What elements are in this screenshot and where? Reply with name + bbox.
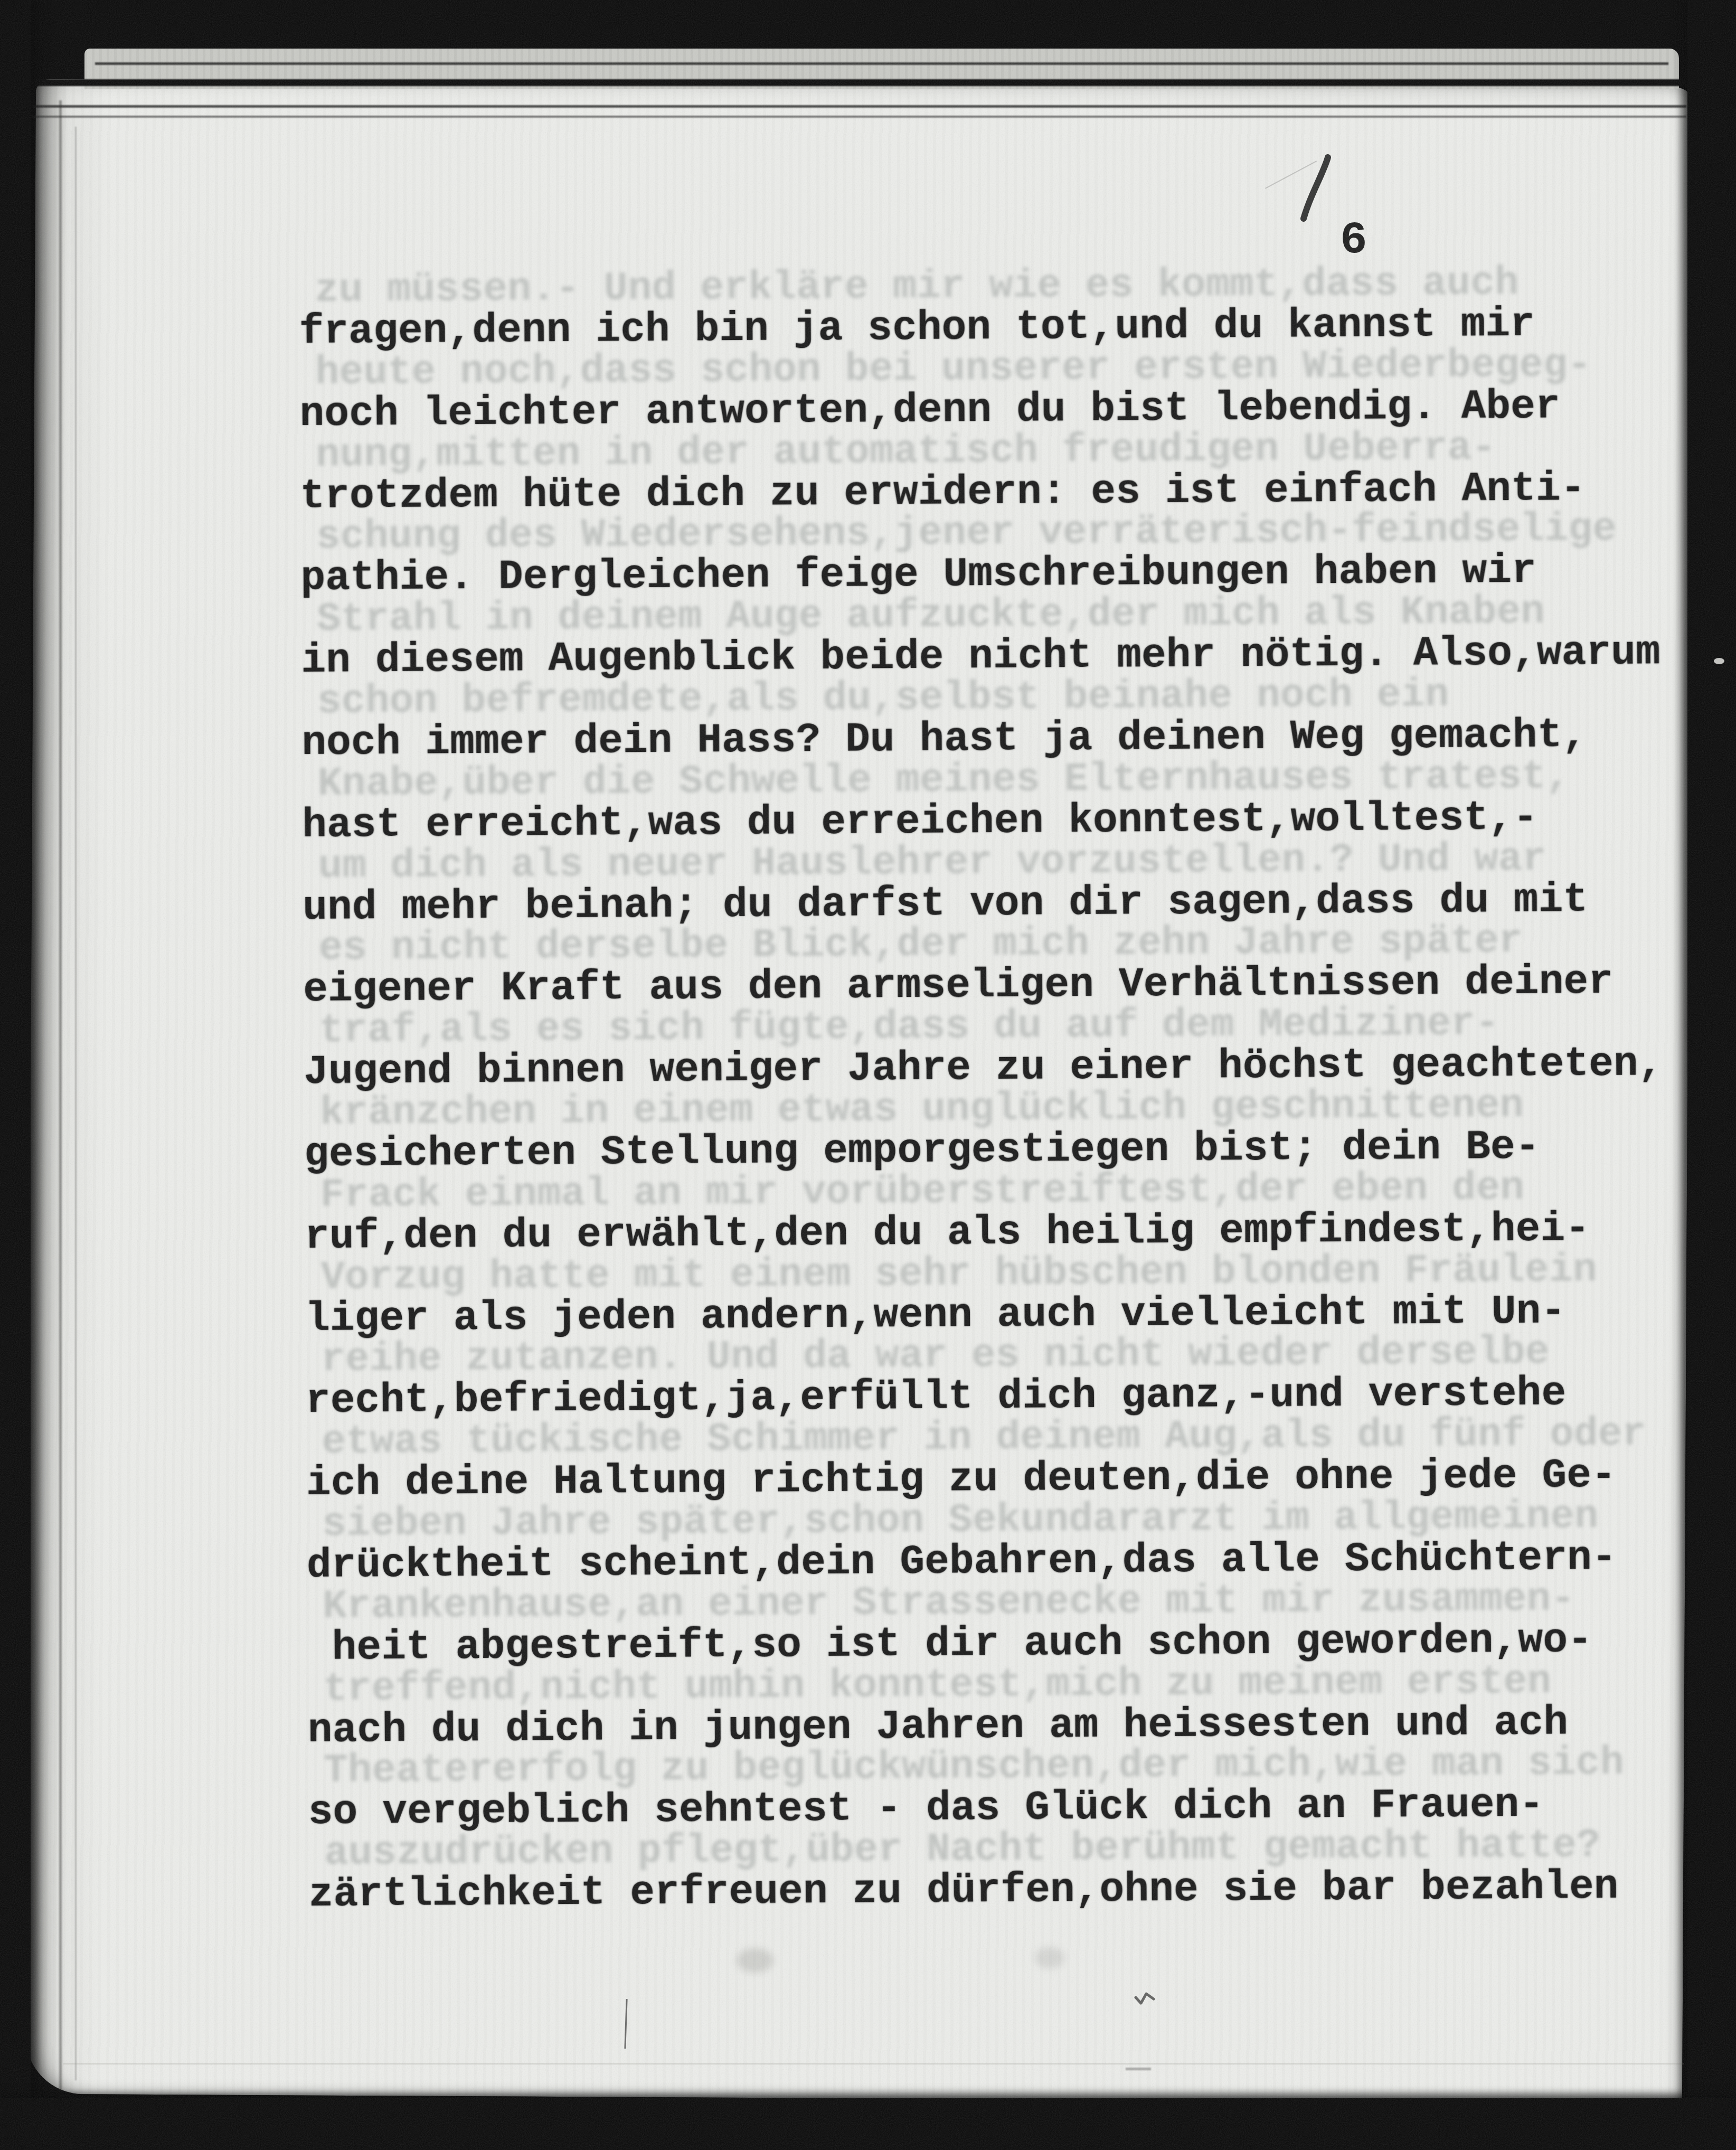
typed-line: heit abgestreift,so ist dir auch schon g… (307, 1620, 1592, 1669)
scan-background-top (0, 0, 1736, 49)
page-left-edge-line (59, 100, 62, 2091)
typed-line: hast erreicht,was du erreichen konntest,… (302, 798, 1538, 846)
typed-line: nach du dich in jungen Jahren am heisses… (308, 1702, 1569, 1751)
typed-line: in diesem Augenblick beide nicht mehr nö… (301, 632, 1660, 682)
typed-line: so vergeblich sehntest - das Glück dich … (308, 1785, 1544, 1833)
typed-line: eigener Kraft aus den armseligen Verhält… (303, 961, 1613, 1011)
typed-line: zärtlichkeit erfreuen zu dürfen,ohne sie… (308, 1866, 1618, 1916)
typed-line: Jugend binnen weniger Jahre zu einer höc… (304, 1043, 1663, 1093)
scan-background-right (1687, 0, 1736, 2150)
typed-line: gesicherten Stellung emporgestiegen bist… (304, 1127, 1540, 1175)
typed-line: ich deine Haltung richtig zu deuten,die … (306, 1455, 1616, 1504)
typed-line: trotzdem hüte dich zu erwidern: es ist e… (300, 468, 1585, 517)
typed-text-block: zu müssen.- Und erkläre mir wie es kommt… (297, 0, 1715, 2150)
scan-background-left (0, 0, 31, 2150)
typed-line: und mehr beinah; du darfst von dir sagen… (303, 880, 1588, 929)
typed-line: recht,befriedigt,ja,erfüllt dich ganz,-u… (306, 1373, 1567, 1422)
scan-crease-line (63, 2063, 1684, 2064)
faint-dash-mark (1126, 2068, 1151, 2070)
ink-smudge (737, 1948, 773, 1973)
typed-line: fragen,denn ich bin ja schon tot,und du … (299, 304, 1535, 353)
check-squiggle-mark (1134, 1989, 1156, 2006)
typed-line: drücktheit scheint,dein Gebahren,das all… (307, 1538, 1617, 1587)
typed-line: noch leichter antworten,denn du bist leb… (299, 386, 1560, 435)
ink-smudge (1035, 1947, 1064, 1968)
scanned-typescript-page: 6 zu müssen.- Und erkläre mir wie es kom… (0, 0, 1736, 2150)
typed-line: ruf,den du erwählt,den du als heilig emp… (305, 1209, 1590, 1258)
page-left-edge-line (75, 127, 77, 2080)
typed-line: pathie. Dergleichen feige Umschreibungen… (300, 551, 1536, 599)
typed-line: liger als jeden andern,wenn auch viellei… (305, 1291, 1566, 1340)
typed-line: noch immer dein Hass? Du hast ja deinen … (301, 715, 1587, 764)
pen-stroke-mark (1291, 154, 1344, 223)
scan-background-bottom (0, 2098, 1736, 2150)
dust-speck (1714, 658, 1724, 664)
